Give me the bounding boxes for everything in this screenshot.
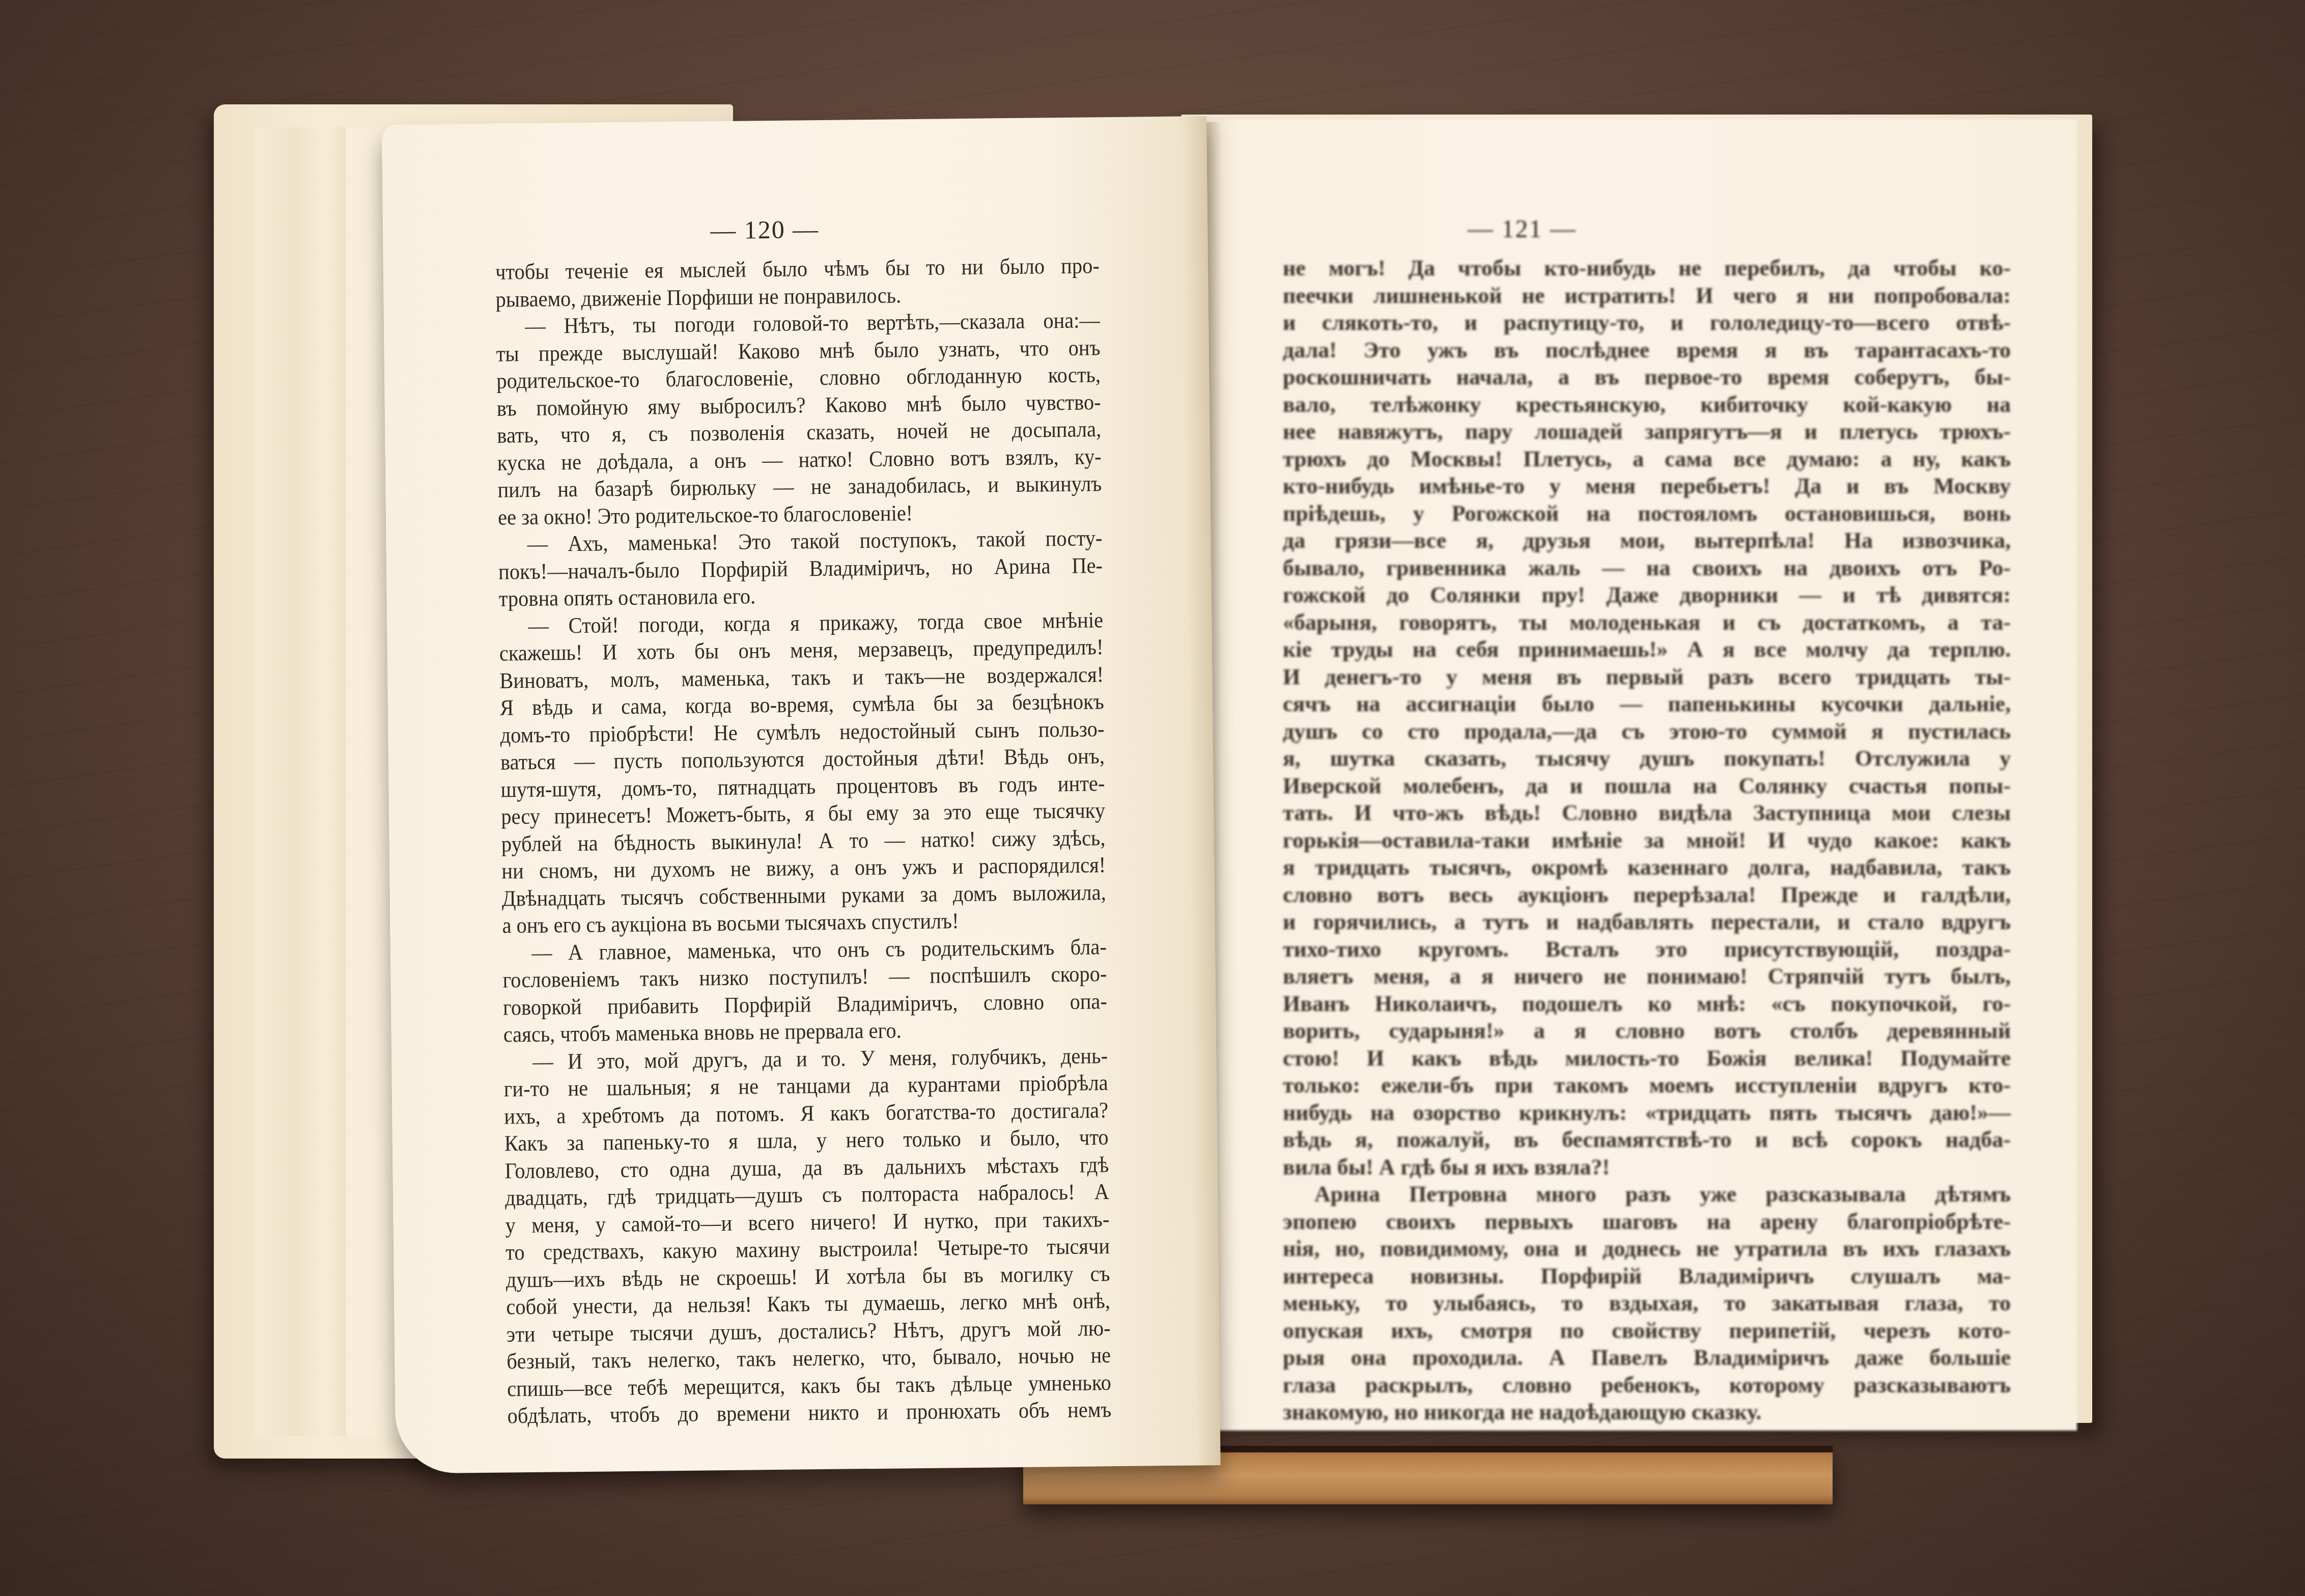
text-line: и горячились, а тутъ и надбавлять перест… [1283, 908, 2011, 936]
text-line: Иванъ Николаичъ, подошелъ ко мнѣ: «съ по… [1283, 990, 2011, 1018]
text-line: да грязи—все я, друзья мои, вытерпѣла! Н… [1283, 527, 2011, 554]
left-page: — 120 — чтобы теченіе ея мыслей было чѣм… [382, 116, 1221, 1474]
text-line: нибудь на озорство крикнулъ: «тридцать п… [1283, 1099, 2011, 1127]
text-line: Арина Петровна много разъ уже разсказыва… [1283, 1181, 2011, 1208]
text-line: глаза раскрылъ, словно ребенокъ, котором… [1283, 1371, 2011, 1399]
page-number: — 120 — [352, 211, 1177, 249]
text-line: словно вотъ весь аукціонъ перерѣзала! Пр… [1283, 881, 2011, 909]
text-line: знакомую, но никогда не надоѣдающую сказ… [1283, 1398, 2011, 1426]
text-line: пріѣдешь, у Рогожской на постояломъ оста… [1283, 500, 2011, 527]
text-line: тать. И что-жъ вѣдь! Словно видѣла Засту… [1283, 799, 2011, 827]
text-line: вѣдь я, пожалуй, въ беспамятствѣ-то и вс… [1283, 1126, 2011, 1154]
text-line: интереса новизны. Порфирій Владиміричъ с… [1283, 1263, 2011, 1290]
text-line: И денегъ-то у меня въ первый разъ всего … [1283, 663, 2011, 691]
text-line: вляетъ меня, а я ничего не понимаю! Стря… [1283, 963, 2011, 990]
text-line: трюхъ до Москвы! Плетусь, а сама все дум… [1283, 445, 2011, 473]
text-line: меньку, то улыбаясь, то вздыхая, то зака… [1283, 1290, 2011, 1317]
text-line: ворить, сударыня!» а я словно вотъ столб… [1283, 1017, 2011, 1045]
text-line: кіе труды на себя принимаешь!» А я все м… [1283, 636, 2011, 663]
text-line: гожской до Солянки пру! Даже дворники — … [1283, 581, 2011, 609]
text-line: тихо-тихо кругомъ. Всталъ это присутству… [1283, 936, 2011, 963]
text-line: кто-нибудь имѣнье-то у меня перебьетъ! Д… [1283, 472, 2011, 500]
text-line: и слякоть-то, и распутицу-то, и гололеди… [1283, 309, 2011, 337]
text-line: роскошничать начала, а въ первое-то врем… [1283, 363, 2011, 391]
text-line: обдѣлать, чтобъ до времени никто и проню… [507, 1396, 1111, 1430]
text-line: «барыня, говорятъ, ты молоденькая и съ д… [1283, 609, 2011, 636]
text-line: пеечки лишненькой не истратить! И чего я… [1283, 282, 2011, 310]
text-line: горькія—оставила-таки имѣніе за мной! И … [1283, 827, 2011, 854]
right-page: — 121 — не могъ! Да чтобы кто-нибудь не … [1201, 120, 2077, 1431]
page-text: не могъ! Да чтобы кто-нибудь не перебилъ… [1283, 255, 2011, 1426]
text-line: я тридцать тысячъ, окромѣ казеннаго долг… [1283, 854, 2011, 881]
text-line: нее навяжутъ, пару лошадей запрягутъ—я и… [1283, 418, 2011, 445]
page-edges-left [255, 127, 356, 1436]
text-line: сячъ на ассигнаціи было — папенькины кус… [1283, 690, 2011, 718]
text-line: только: ежели-бъ при такомъ моемъ исступ… [1283, 1072, 2011, 1099]
photo-scene: — 121 — не могъ! Да чтобы кто-нибудь не … [0, 0, 2305, 1596]
text-line: опуская ихъ, смотря по свойству перипеті… [1283, 1317, 2011, 1345]
text-line: вало, телѣжонку крестьянскую, кибиточку … [1283, 391, 2011, 418]
text-line: душъ со сто продала,—да съ этою-то суммо… [1283, 718, 2011, 745]
text-line: эпопею своихъ первыхъ шаговъ на арену бл… [1283, 1208, 2011, 1236]
text-line: вила бы! А гдѣ бы я ихъ взяла?! [1283, 1154, 2011, 1181]
text-line: бывало, гривенника жаль — на своихъ на д… [1283, 554, 2011, 582]
text-line: рыя она проходила. А Павелъ Владиміричъ … [1283, 1344, 2011, 1371]
text-line: я, шутка сказать, тысячу душъ покупать! … [1283, 745, 2011, 772]
page-text: чтобы теченіе ея мыслей было чѣмъ бы то … [495, 252, 1112, 1430]
text-line: стою! И какъ вѣдь милость-то Божія велик… [1283, 1045, 2011, 1072]
text-line: не могъ! Да чтобы кто-нибудь не перебилъ… [1283, 255, 2011, 282]
text-line: дала! Это ужъ въ послѣднее время я въ та… [1283, 337, 2011, 364]
text-line: нія, но, повидимому, она и доднесь не ут… [1283, 1235, 2011, 1263]
text-line: Иверской молебенъ, да и пошла на Солянку… [1283, 772, 2011, 800]
